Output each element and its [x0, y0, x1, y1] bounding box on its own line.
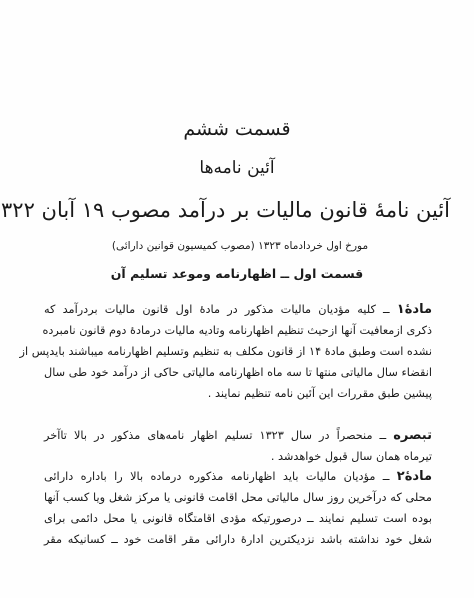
paragraph-line: مادهٔ۲ ــ مؤدیان مالیات باید اظهارنامه م… — [44, 466, 432, 487]
paragraph-line: مادهٔ۱ ــ کلیه مؤدیان مالیات مذکور در ما… — [44, 299, 432, 320]
note-label: تبصره — [393, 428, 432, 443]
main-title: آئین نامهٔ قانون مالیات بر درآمد مصوب ۱۹… — [30, 198, 450, 222]
paragraph-line: ذکری ازمعافیت آنها ازحیث تنظیم اظهارنامه… — [44, 320, 432, 341]
bylaws-heading: آئین نامه‌ها — [0, 158, 474, 178]
note-paragraph: تبصره ــ منحصراً در سال ۱۳۲۳ تسلیم اظهار… — [44, 425, 432, 467]
paragraph-line: تبصره ــ منحصراً در سال ۱۳۲۳ تسلیم اظهار… — [44, 425, 432, 446]
paragraph-line: پیشین طبق مقررات این آئین نامه تنظیم نما… — [44, 383, 432, 404]
paragraph-line: نشده است وطبق مادهٔ ۱۴ از قانون مکلف به … — [44, 341, 432, 362]
paragraph-line: محلی که درآخرین روز سال مالیاتی محل اقام… — [44, 487, 432, 508]
article-number: مادهٔ۱ — [397, 302, 432, 317]
part-title: قسمت ششم — [0, 118, 474, 140]
document-page: قسمت ششم آئین نامه‌ها آئین نامهٔ قانون م… — [0, 0, 474, 598]
section-title: قسمت اول ــ اظهارنامه وموعد تسلیم آن — [0, 266, 474, 281]
paragraph-line: شغل خود نداشته باشد نزدیکترین ادارهٔ دار… — [44, 529, 432, 550]
article-1-paragraph: مادهٔ۱ ــ کلیه مؤدیان مالیات مذکور در ما… — [44, 299, 432, 404]
paragraph-line: انقضاء سال مالیاتی منتها تا سه ماه اظهار… — [44, 362, 432, 383]
article-2-paragraph: مادهٔ۲ ــ مؤدیان مالیات باید اظهارنامه م… — [44, 466, 432, 550]
article-number: مادهٔ۲ — [397, 469, 432, 484]
paragraph-line: بوده است تسلیم نمایند ــ درصورتیکه مؤدی … — [44, 508, 432, 529]
paragraph-line: تیرماه همان سال قبول خواهدشد . — [44, 446, 432, 467]
date-subtitle: مورخ اول خردادماه ۱۳۲۳ (مصوب کمیسیون قوا… — [60, 240, 420, 252]
